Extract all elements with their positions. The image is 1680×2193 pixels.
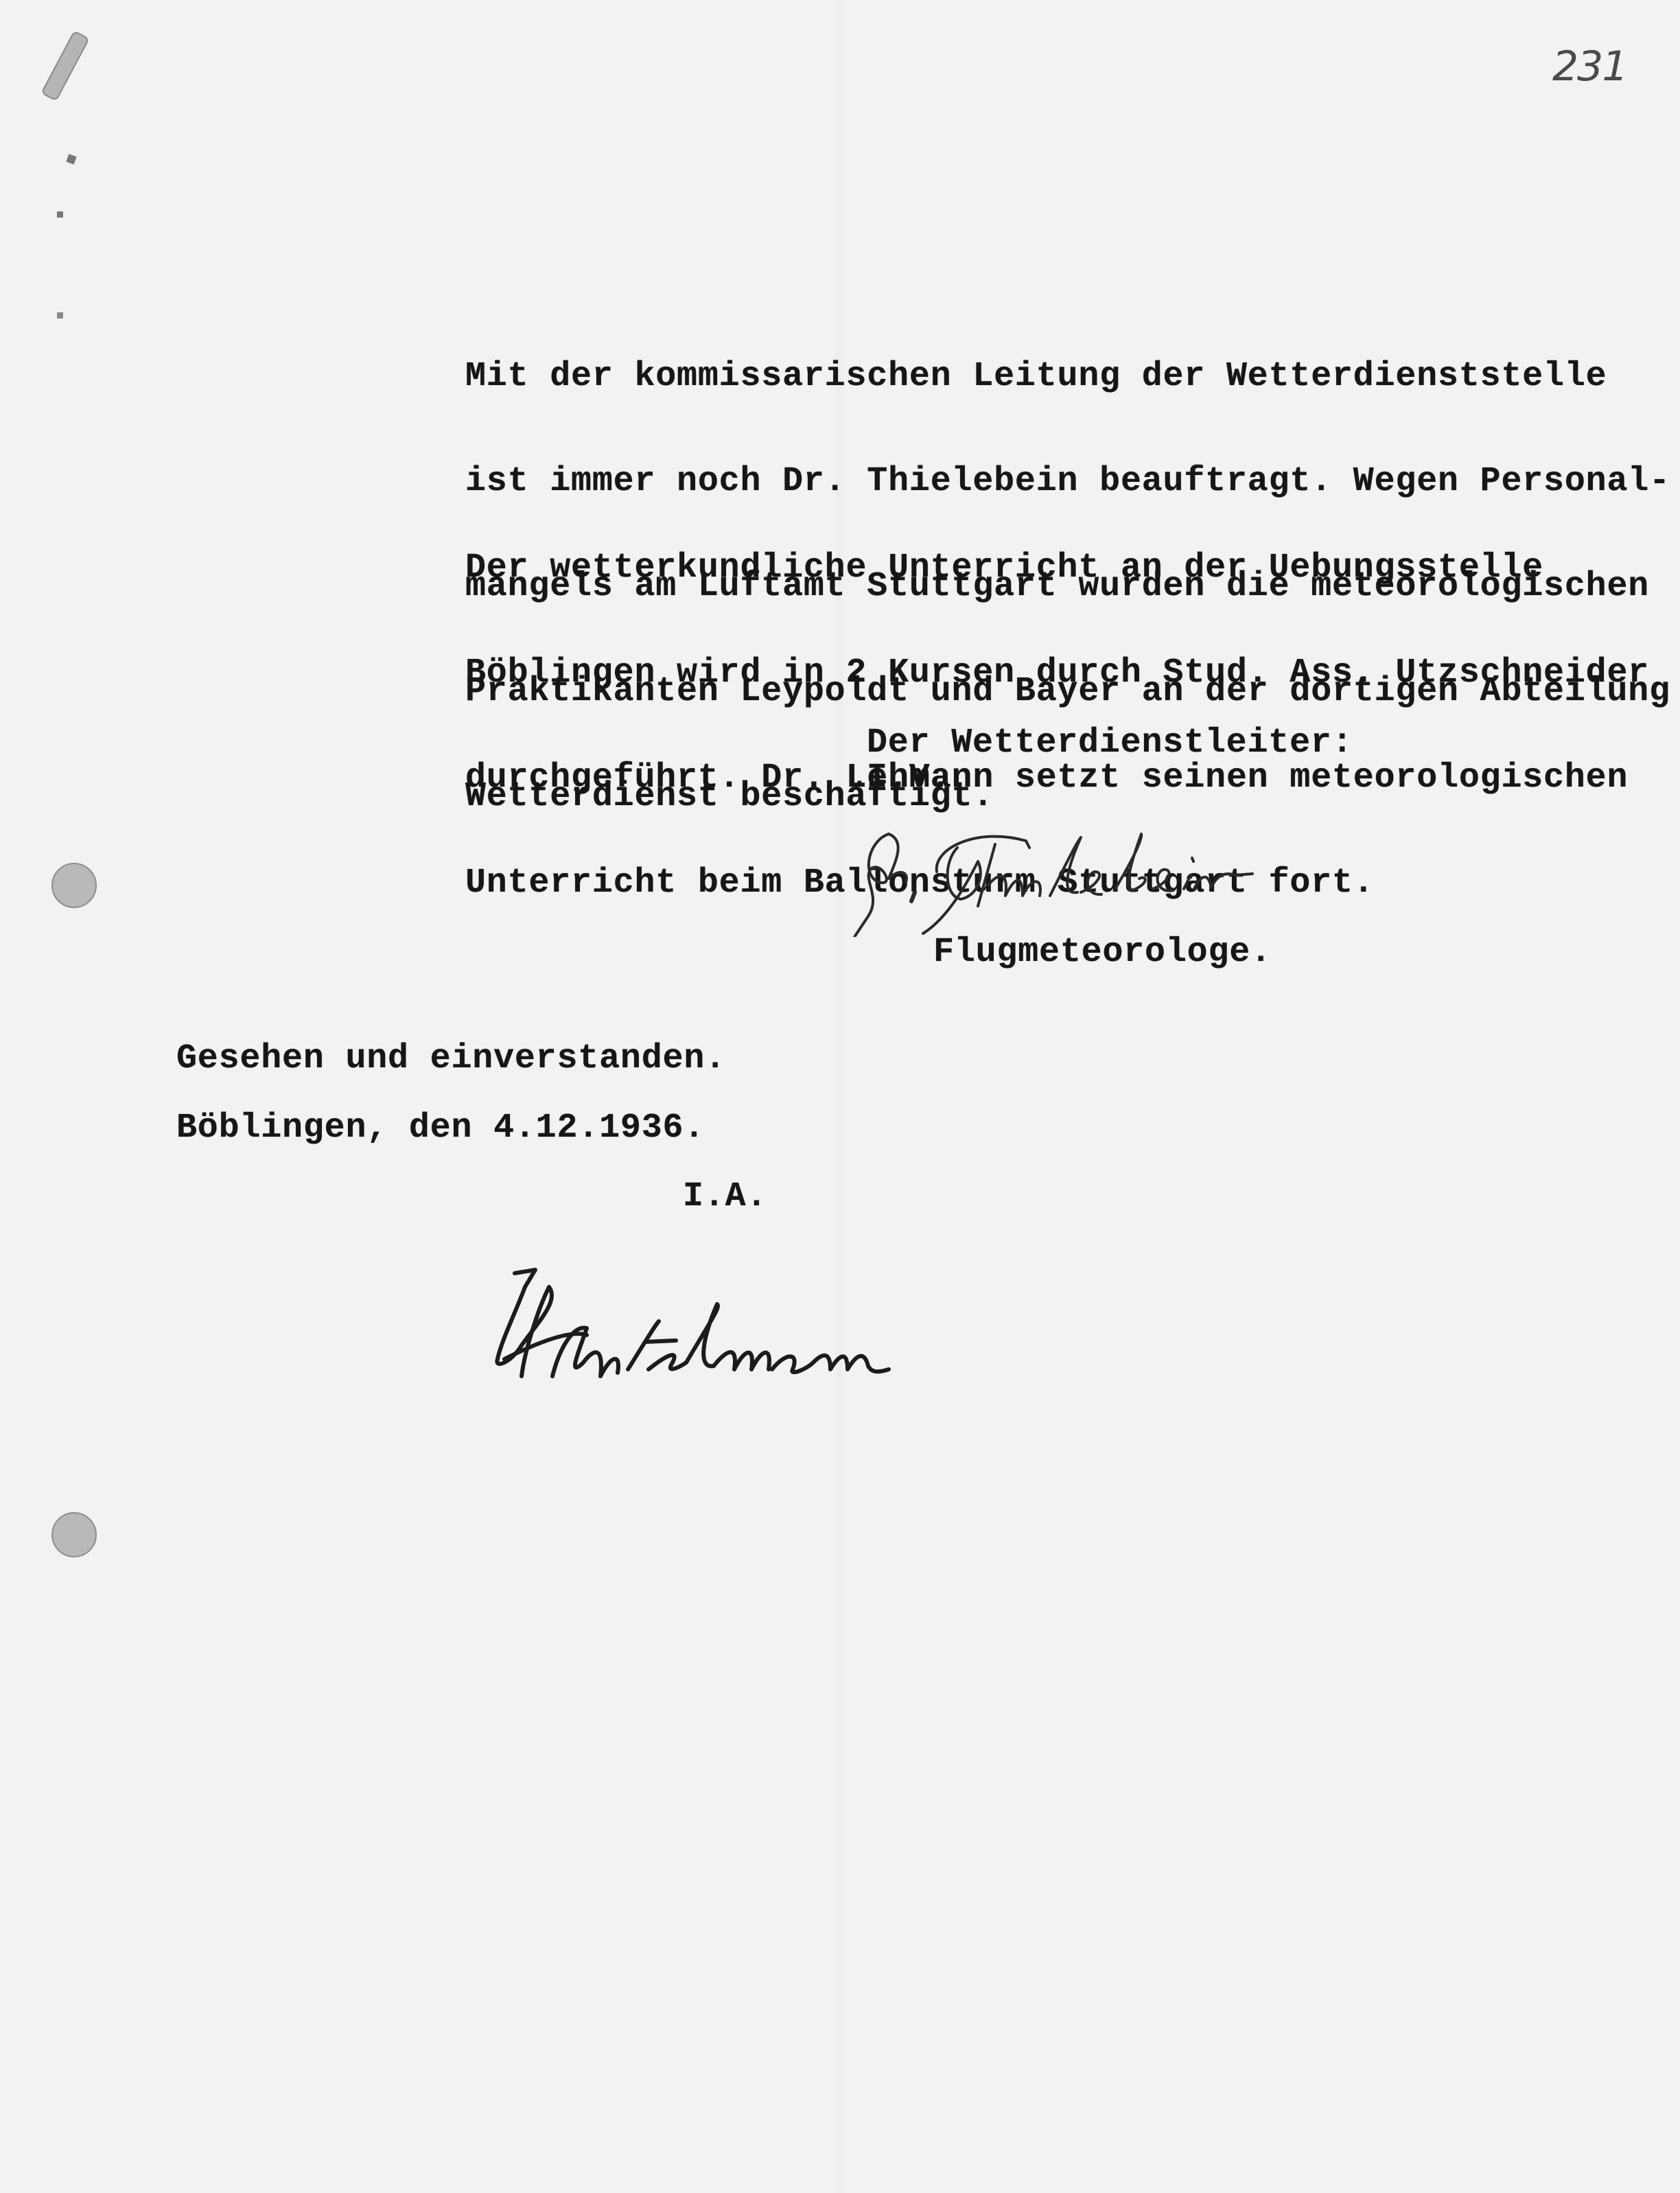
document-page: 231 Mit der kommissarischen Leitung der …	[0, 0, 1680, 2193]
paper-speck	[57, 211, 63, 218]
text-line: durchgeführt. Dr. Lehmann setzt seinen m…	[465, 761, 1649, 796]
punch-hole	[51, 1512, 97, 1557]
closing-title: Der Wetterdienstleiter:	[867, 726, 1353, 761]
text-line: Der wetterkundliche Unterricht an der Ue…	[465, 550, 1649, 585]
text-line: Mit der kommissarischen Leitung der Wett…	[465, 359, 1670, 394]
punch-hole	[51, 863, 97, 908]
signature-thielebein	[841, 820, 1335, 937]
signature-hantelmann	[484, 1260, 896, 1397]
closing-role: Flugmeteorologe.	[933, 935, 1272, 970]
paper-speck	[57, 312, 63, 318]
handwritten-page-number: 231	[1552, 43, 1627, 91]
approval-statement: Gesehen und einverstanden.	[176, 1041, 726, 1076]
approval-by-order: I.A.	[683, 1179, 767, 1214]
paper-damage-mark	[40, 30, 90, 102]
closing-on-behalf: I.V.	[867, 761, 951, 796]
text-line: Böblingen wird in 2 Kursen durch Stud. A…	[465, 655, 1649, 691]
approval-place-date: Böblingen, den 4.12.1936.	[176, 1111, 705, 1146]
paper-speck	[66, 154, 76, 164]
